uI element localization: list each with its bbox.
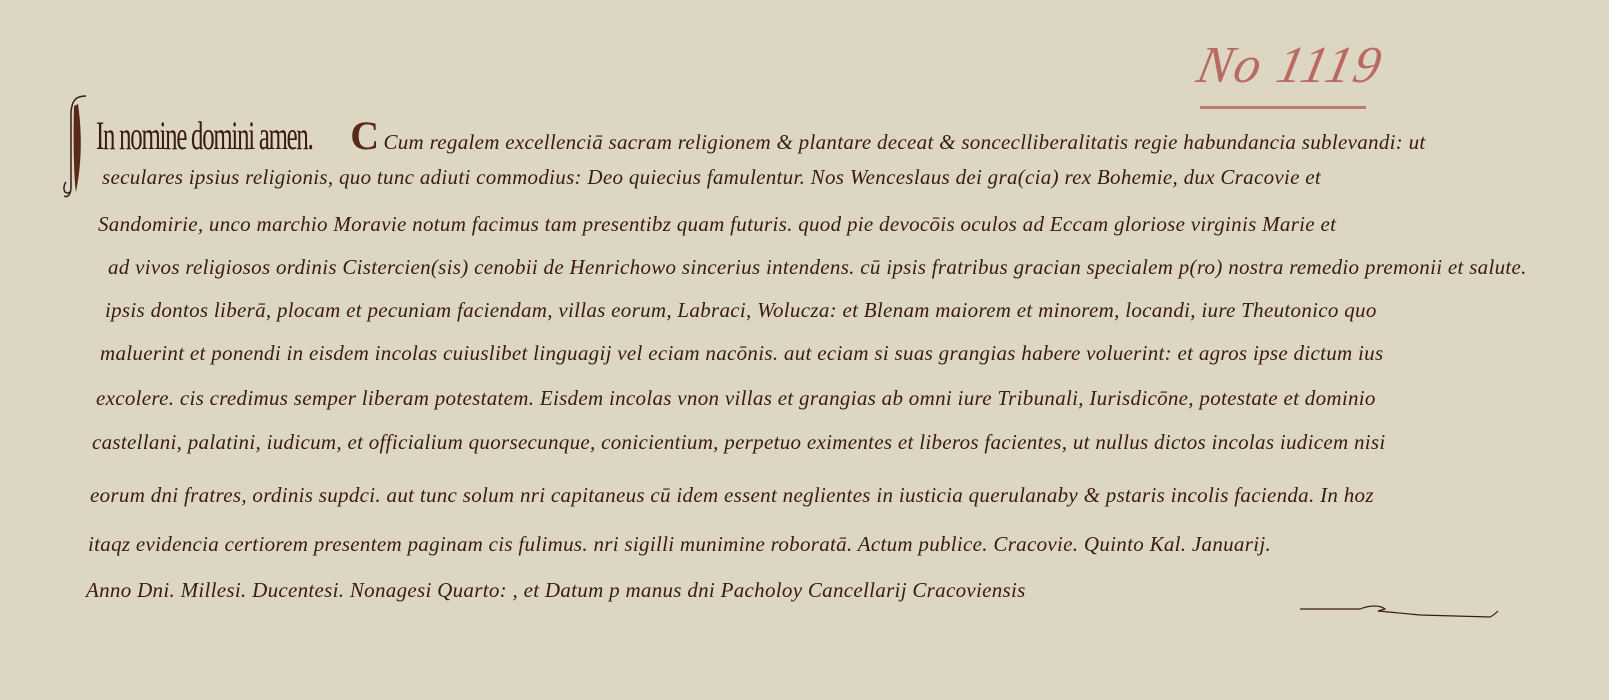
line-3: Sandomirie, unco marchio Moravie notum f… <box>98 212 1336 237</box>
line-5: ipsis dontos liberā, plocam et pecuniam … <box>105 298 1377 323</box>
line-text: itaqz evidencia certiorem presentem pagi… <box>88 532 1271 556</box>
closing-flourish-icon <box>1300 603 1500 621</box>
line-text: Cum regalem excellenciā sacram religione… <box>383 130 1425 154</box>
line-4: ad vivos religiosos ordinis Cistercien(s… <box>108 255 1527 280</box>
line-text: maluerint et ponendi in eisdem incolas c… <box>100 341 1383 365</box>
line-text: eorum dni fratres, ordinis supdci. aut t… <box>90 483 1374 507</box>
charter-document: No 1119 In nomine domini amen.CCum regal… <box>0 0 1609 700</box>
line-10: itaqz evidencia certiorem presentem pagi… <box>88 532 1271 557</box>
line-1: In nomine domini amen.CCum regalem excel… <box>96 112 1426 159</box>
line-text: castellani, palatini, iudicum, et offici… <box>92 430 1386 454</box>
line-text: excolere. cis credimus semper liberam po… <box>96 386 1376 410</box>
line-text: Anno Dni. Millesi. Ducentesi. Nonagesi Q… <box>86 578 1026 602</box>
line-text: ipsis dontos liberā, plocam et pecuniam … <box>105 298 1377 322</box>
line-8: castellani, palatini, iudicum, et offici… <box>92 430 1386 455</box>
invocation: In nomine domini amen. <box>96 112 313 159</box>
charter-text: In nomine domini amen.CCum regalem excel… <box>0 0 1609 700</box>
line-6: maluerint et ponendi in eisdem incolas c… <box>100 341 1383 366</box>
line-text: ad vivos religiosos ordinis Cistercien(s… <box>108 255 1527 279</box>
decorated-initial-c: C <box>350 113 379 158</box>
line-9: eorum dni fratres, ordinis supdci. aut t… <box>90 483 1374 508</box>
line-2: seculares ipsius religionis, quo tunc ad… <box>102 165 1321 190</box>
line-7: excolere. cis credimus semper liberam po… <box>96 386 1376 411</box>
line-text: Sandomirie, unco marchio Moravie notum f… <box>98 212 1336 236</box>
line-text: seculares ipsius religionis, quo tunc ad… <box>102 165 1321 189</box>
line-11: Anno Dni. Millesi. Ducentesi. Nonagesi Q… <box>86 578 1026 603</box>
